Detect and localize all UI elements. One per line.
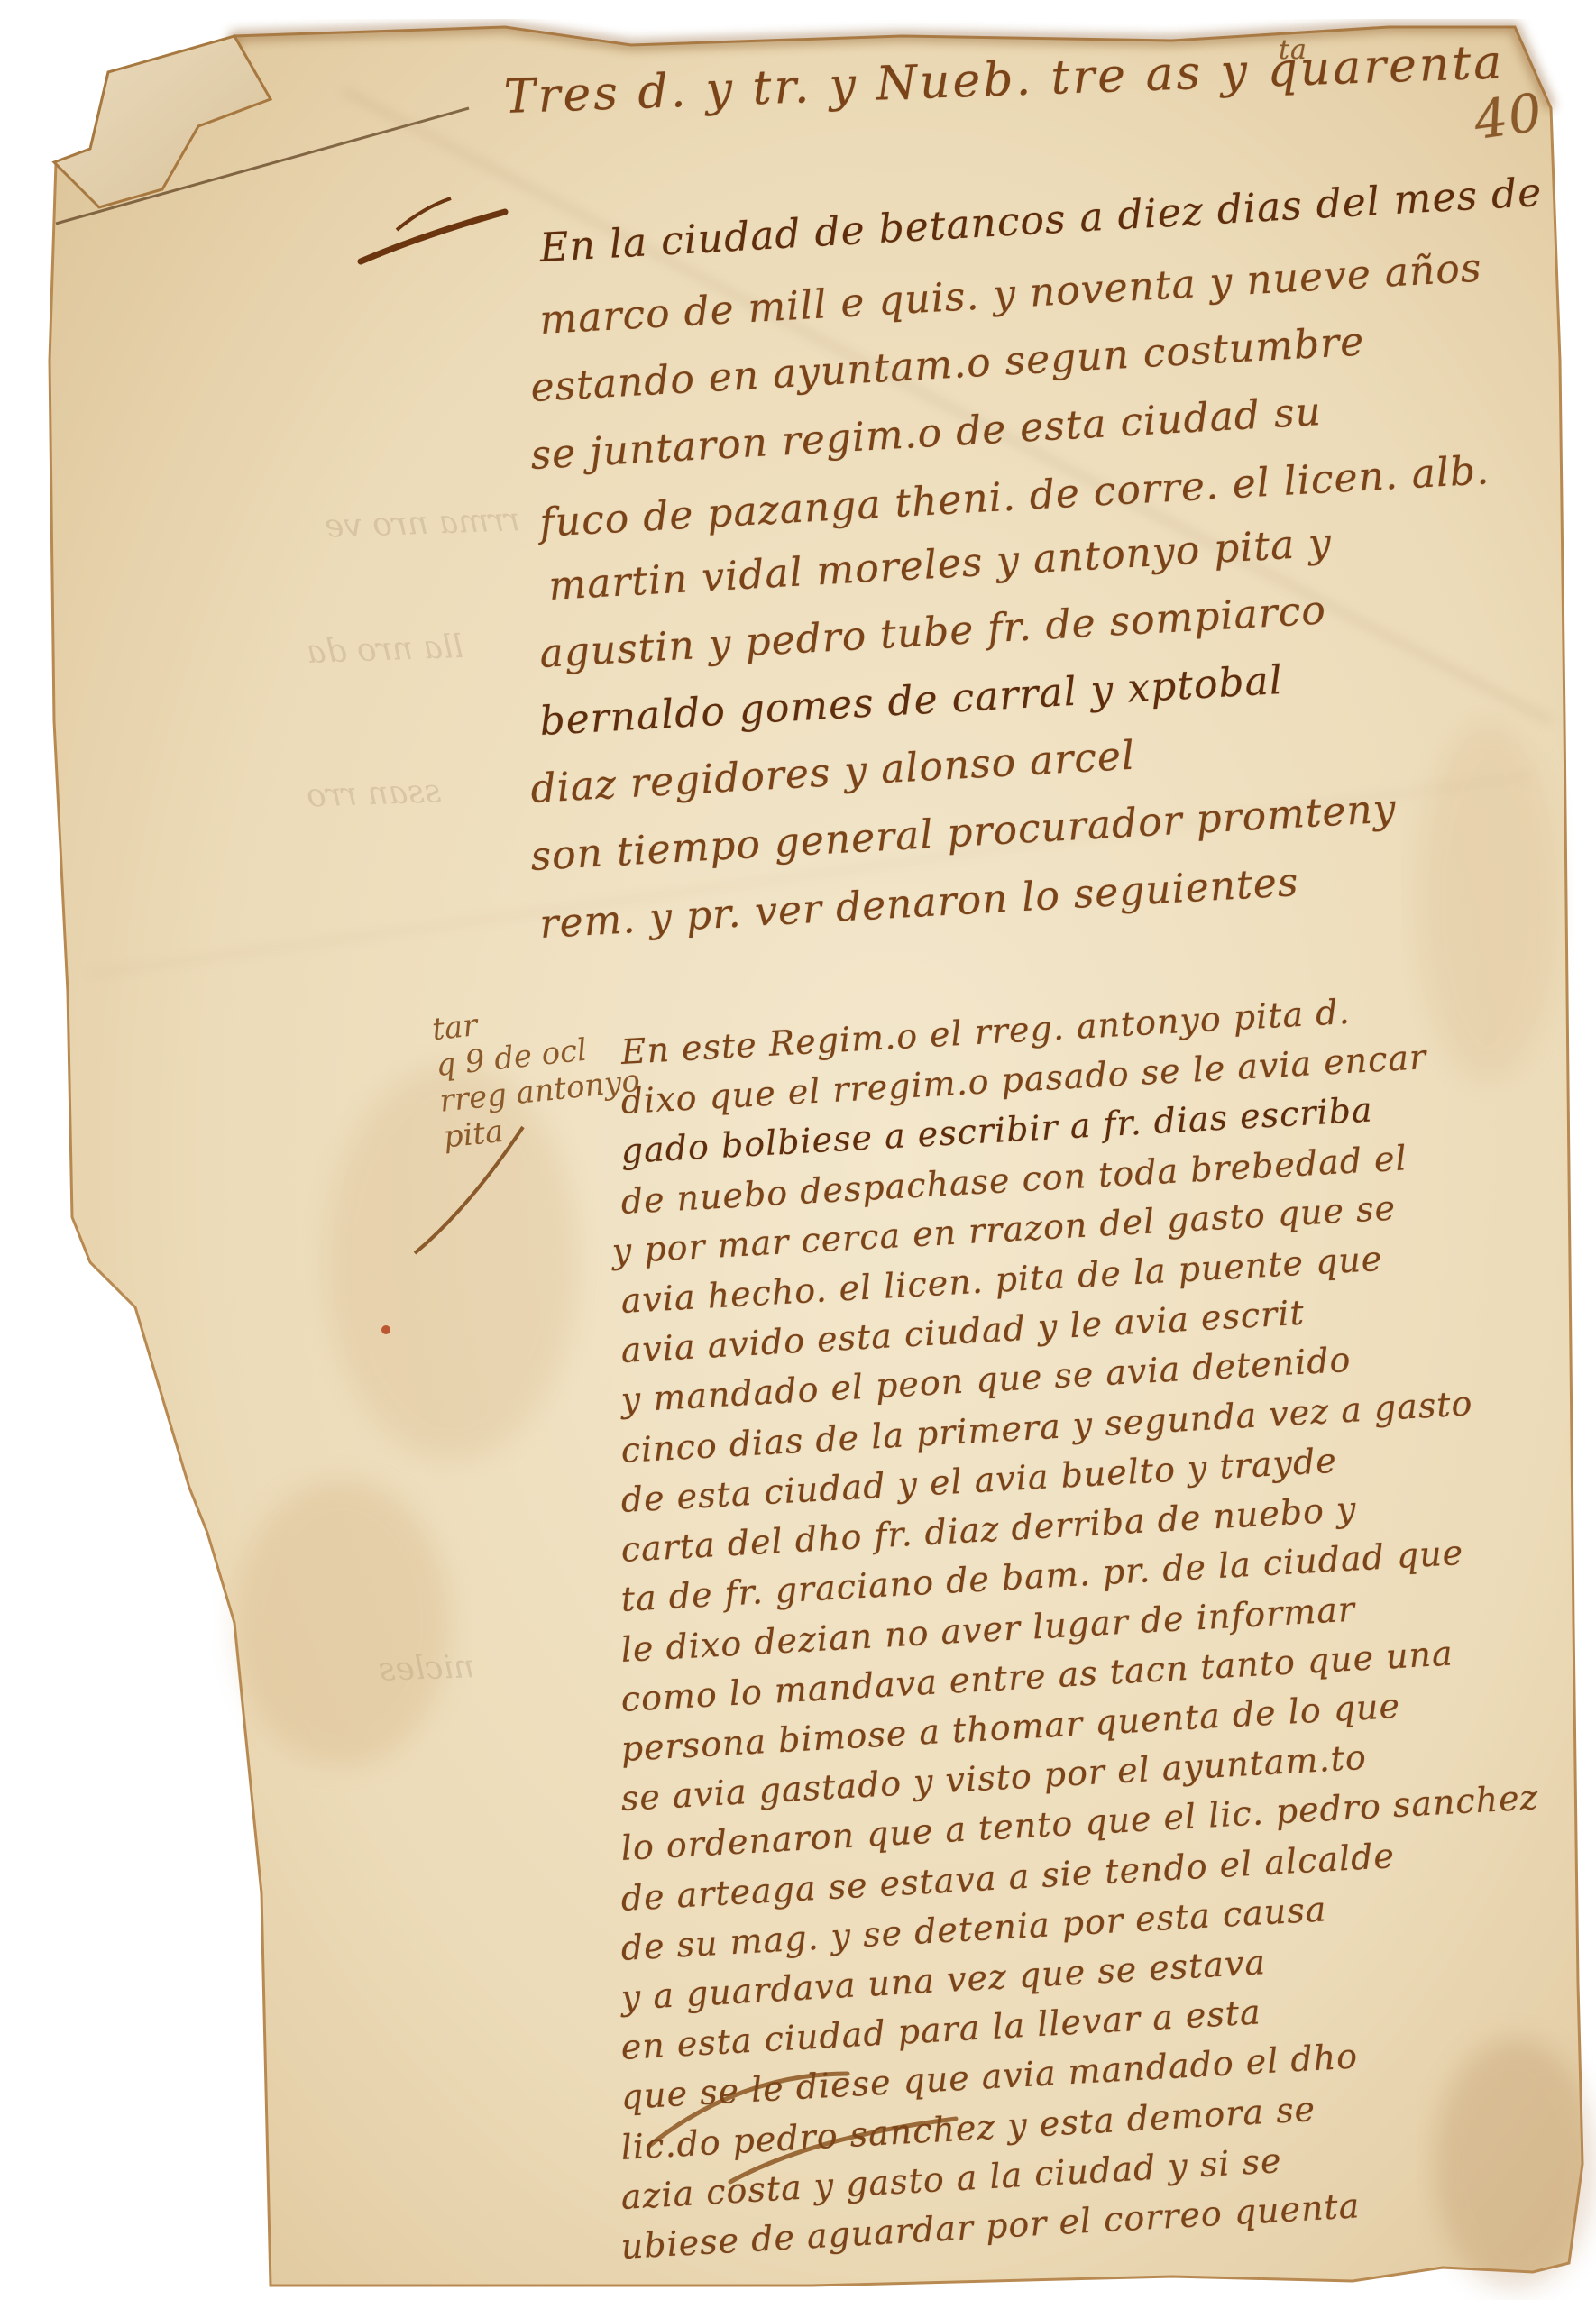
bleed-through-text: nicles xyxy=(378,1648,475,1689)
margin-note: tar q 9 de ocl rreg antonyo pita xyxy=(430,990,651,1155)
bleed-through-text: lla nro da xyxy=(306,628,463,671)
manuscript-page: rrma nro ve lla nro da ssan rro nicles t… xyxy=(0,0,1596,2300)
bleed-through-text: rrma nro ve xyxy=(324,501,520,545)
folio-number: 40 xyxy=(1471,81,1547,151)
bleed-through-text: ssan rro xyxy=(306,773,441,814)
